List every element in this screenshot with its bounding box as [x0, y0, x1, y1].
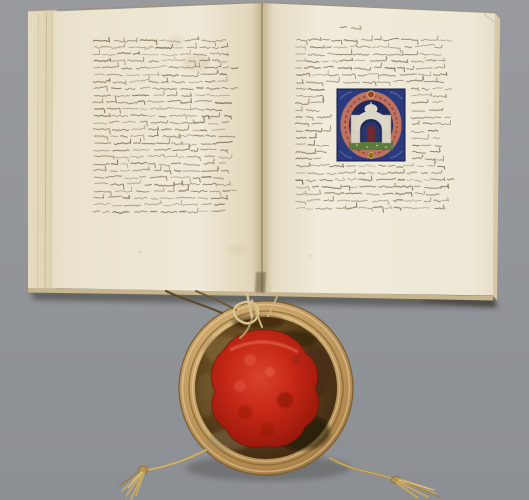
- maroon-door: [367, 126, 375, 142]
- ground-dot: [356, 144, 358, 146]
- parchment-stain: [183, 54, 209, 72]
- foxing-dot: [139, 251, 141, 253]
- handwriting-stroke: [414, 186, 420, 187]
- handwriting-stroke: [296, 117, 302, 118]
- handwriting-stroke: [398, 179, 404, 180]
- handwriting-stroke: [358, 75, 364, 76]
- gold-dot: [344, 124, 346, 126]
- ground-dot: [385, 146, 387, 148]
- handwriting-stroke: [222, 122, 228, 123]
- handwriting-stroke: [223, 191, 229, 192]
- handwriting-stroke: [296, 54, 306, 55]
- foxing-dot: [309, 255, 311, 257]
- handwriting-stroke: [94, 67, 100, 68]
- manuscript-photo: [0, 0, 529, 500]
- blue-dot: [350, 102, 352, 104]
- gutter-bottom-shadow: [255, 272, 266, 293]
- ground-dot: [376, 145, 378, 147]
- handwriting-stroke: [220, 74, 226, 75]
- wreath-bottom-ornament: [368, 153, 374, 159]
- handwriting-stroke: [350, 187, 356, 188]
- handwriting-stroke: [127, 75, 140, 76]
- handwriting-stroke: [111, 171, 117, 172]
- ground-dot: [366, 146, 368, 148]
- handwriting-stroke: [159, 116, 165, 117]
- handwriting-stroke: [171, 163, 181, 164]
- handwriting-stroke: [413, 145, 419, 146]
- handwriting-stroke: [230, 190, 236, 191]
- foxing-dot: [424, 57, 426, 59]
- gold-dot: [396, 124, 398, 126]
- handwriting-stroke: [221, 61, 227, 62]
- wreath-top-ornament: [368, 91, 375, 98]
- illuminated-initial: [337, 89, 405, 161]
- handwriting-stroke: [397, 167, 403, 168]
- parchment-stain: [228, 244, 248, 256]
- handwriting-stroke: [142, 143, 155, 144]
- handwriting-stroke: [208, 123, 218, 124]
- handwriting-stroke: [232, 68, 238, 69]
- handwriting-stroke: [420, 208, 430, 209]
- handwriting-stroke: [200, 130, 206, 131]
- blue-dot: [391, 146, 393, 148]
- handwriting-stroke: [296, 131, 302, 132]
- handwriting-stroke: [94, 150, 110, 151]
- seal-capsule: [179, 301, 353, 475]
- photograph-scene: [0, 0, 529, 500]
